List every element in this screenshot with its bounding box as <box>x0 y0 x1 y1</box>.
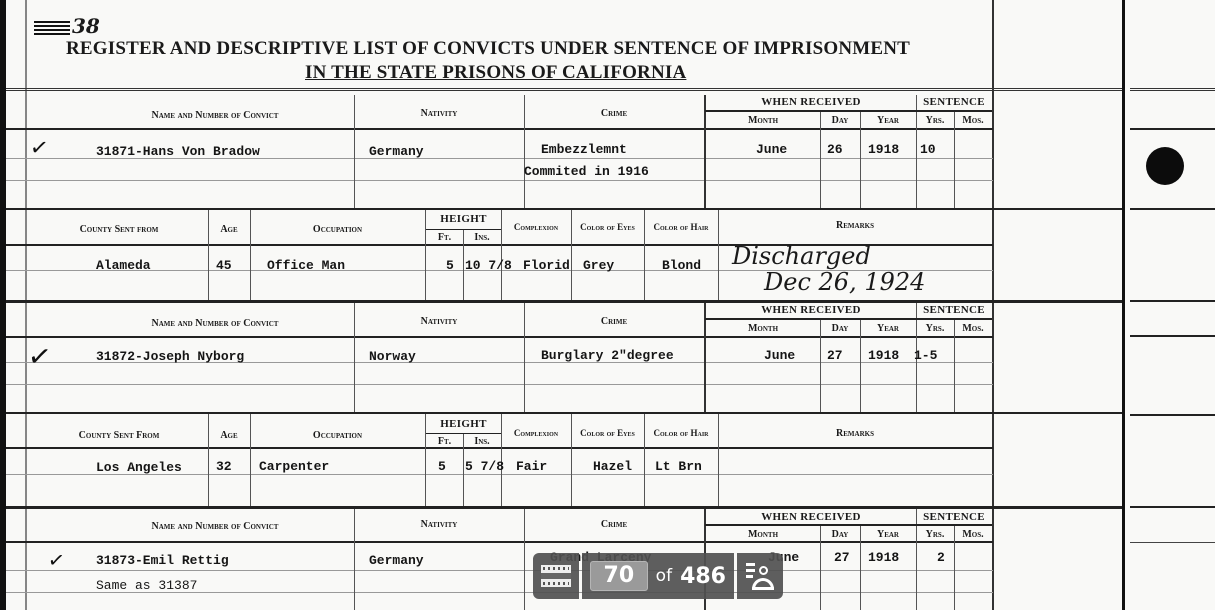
header-eyes: Color of Eyes <box>571 428 644 438</box>
page-number-input[interactable]: 70 <box>590 561 648 591</box>
rule <box>1130 542 1215 543</box>
header-complexion: Complexion <box>501 222 571 232</box>
rule <box>426 433 501 434</box>
struck-out-mark <box>34 21 70 35</box>
binding-gap <box>1127 155 1147 175</box>
hair-value: Lt Brn <box>655 459 702 474</box>
age-value: 45 <box>216 258 232 273</box>
page-left-edge <box>0 0 6 610</box>
column-divider <box>250 414 251 506</box>
header-month: Month <box>706 323 820 334</box>
header-yrs: Yrs. <box>916 323 954 334</box>
nativity-value: Norway <box>369 349 416 364</box>
convict-name-number: 31872-Joseph Nyborg <box>96 349 244 364</box>
header-nativity: Nativity <box>354 108 524 119</box>
column-divider <box>820 112 821 208</box>
header-mos: Mos. <box>954 115 992 126</box>
header-yrs: Yrs. <box>916 115 954 126</box>
image-viewer-toolbar: 70 of 486 <box>533 553 783 599</box>
header-month: Month <box>706 115 820 126</box>
header-remarks: Remarks <box>718 428 992 439</box>
header-ins: Ins. <box>463 232 501 243</box>
eyes-value: Hazel <box>593 459 632 474</box>
filmstrip-icon <box>541 565 571 587</box>
convict-name-number: 31873-Emil Rettig <box>96 553 229 568</box>
page-number-mark: 38 <box>34 14 100 38</box>
margin-rule <box>25 0 27 610</box>
rule <box>705 524 992 526</box>
rule <box>1130 88 1215 91</box>
header-county: County Sent From <box>30 430 208 441</box>
header-year: Year <box>860 115 916 126</box>
header-yrs: Yrs. <box>916 529 954 540</box>
header-day: Day <box>820 323 860 334</box>
rule <box>6 180 993 181</box>
header-height: HEIGHT <box>426 213 501 225</box>
sentence-years: 1-5 <box>914 348 937 363</box>
punch-hole <box>1146 147 1184 185</box>
header-crime: Crime <box>524 519 704 530</box>
eyes-value: Grey <box>583 258 614 273</box>
header-age: Age <box>208 224 250 235</box>
header-ft: Ft. <box>426 436 463 447</box>
header-hair: Color of Hair <box>644 428 718 438</box>
header-month: Month <box>706 529 820 540</box>
rule <box>1130 300 1215 302</box>
rule <box>6 88 1122 91</box>
header-ft: Ft. <box>426 232 463 243</box>
nativity-value: Germany <box>369 553 424 568</box>
received-day: 27 <box>834 550 850 565</box>
header-ins: Ins. <box>463 436 501 447</box>
filmstrip-button[interactable] <box>533 553 579 599</box>
header-sentence: SENTENCE <box>916 511 992 523</box>
header-age: Age <box>208 430 250 441</box>
sentence-years: 10 <box>920 142 936 157</box>
received-month: June <box>764 348 795 363</box>
received-day: 27 <box>827 348 843 363</box>
header-crime: Crime <box>524 108 704 119</box>
header-day: Day <box>820 529 860 540</box>
header-name-number: Name and Number of Convict <box>100 521 330 532</box>
height-ft-value: 5 <box>446 258 454 273</box>
header-when-received: WHEN RECEIVED <box>706 511 916 523</box>
header-sentence: SENTENCE <box>916 304 992 316</box>
rule <box>6 128 993 130</box>
county-value: Alameda <box>96 258 151 273</box>
index-person-icon <box>745 561 775 591</box>
header-year: Year <box>860 529 916 540</box>
header-name-number: Name and Number of Convict <box>100 318 330 329</box>
convict-name-note: Same as 31387 <box>96 578 197 593</box>
received-year: 1918 <box>868 550 899 565</box>
header-sentence: SENTENCE <box>916 96 992 108</box>
header-county: County Sent from <box>30 224 208 235</box>
header-mos: Mos. <box>954 323 992 334</box>
crime-value: Burglary 2"degree <box>541 348 674 363</box>
height-ins-value: 10 7/8 <box>465 258 512 273</box>
page-number: 38 <box>72 14 100 38</box>
header-nativity: Nativity <box>354 519 524 530</box>
rule <box>1130 335 1215 337</box>
header-when-received: WHEN RECEIVED <box>706 96 916 108</box>
header-hair: Color of Hair <box>644 222 718 232</box>
occupation-value: Carpenter <box>259 459 329 474</box>
rule <box>6 412 1122 414</box>
header-crime: Crime <box>524 316 704 327</box>
header-nativity: Nativity <box>354 316 524 327</box>
rule <box>1130 414 1215 416</box>
crime-note: Commited in 1916 <box>524 164 649 179</box>
column-divider <box>860 112 861 208</box>
header-eyes: Color of Eyes <box>571 222 644 232</box>
crime-value: Embezzlemnt <box>541 142 627 157</box>
age-value: 32 <box>216 459 232 474</box>
header-when-received: WHEN RECEIVED <box>706 304 916 316</box>
rule <box>6 541 993 543</box>
document-title-line2: IN THE STATE PRISONS OF CALIFORNIA <box>305 62 686 84</box>
received-month: June <box>756 142 787 157</box>
height-ft-value: 5 <box>438 459 446 474</box>
occupation-value: Office Man <box>267 258 345 273</box>
header-height: HEIGHT <box>426 418 501 430</box>
nativity-value: Germany <box>369 144 424 159</box>
county-value: Los Angeles <box>96 460 182 475</box>
received-year: 1918 <box>868 142 899 157</box>
rule <box>705 318 992 320</box>
rule <box>426 229 501 230</box>
header-complexion: Complexion <box>501 428 571 438</box>
rule <box>705 110 992 112</box>
rule <box>6 336 993 338</box>
remarks-handwritten-line1: Discharged <box>732 242 871 270</box>
rule <box>6 506 1122 509</box>
header-day: Day <box>820 115 860 126</box>
checkmark: ✓ <box>26 339 54 375</box>
total-pages: 486 <box>680 564 726 589</box>
header-occupation: Occupation <box>250 224 425 235</box>
rule <box>6 447 993 449</box>
column-divider <box>992 0 994 610</box>
header-occupation: Occupation <box>250 430 425 441</box>
complexion-value: Fair <box>516 459 547 474</box>
column-divider <box>208 414 209 506</box>
page-navigator: 70 of 486 <box>582 553 734 599</box>
hair-value: Blond <box>662 258 701 273</box>
rule <box>1130 128 1215 130</box>
rule <box>6 570 993 571</box>
header-name-number: Name and Number of Convict <box>100 110 330 121</box>
index-button[interactable] <box>737 553 783 599</box>
rule <box>6 384 993 385</box>
rule <box>1130 506 1215 508</box>
document-title-line1: REGISTER AND DESCRIPTIVE LIST OF CONVICT… <box>66 38 910 60</box>
remarks-handwritten-line2: Dec 26, 1924 <box>764 268 925 296</box>
binding-edge <box>1122 0 1125 610</box>
received-day: 26 <box>827 142 843 157</box>
rule <box>6 300 1122 303</box>
header-year: Year <box>860 323 916 334</box>
rule <box>6 208 1122 210</box>
checkmark: ✓ <box>46 547 66 573</box>
column-divider <box>954 112 955 208</box>
height-ins-value: 5 7/8 <box>465 459 504 474</box>
convict-name-number: 31871-Hans Von Bradow <box>96 144 260 159</box>
complexion-value: Florid <box>523 258 570 273</box>
received-year: 1918 <box>868 348 899 363</box>
header-mos: Mos. <box>954 529 992 540</box>
checkmark: ✓ <box>28 135 50 162</box>
document-page: 38 REGISTER AND DESCRIPTIVE LIST OF CONV… <box>0 0 1215 610</box>
header-remarks: Remarks <box>718 220 992 231</box>
of-label: of <box>656 566 672 586</box>
sentence-years: 2 <box>937 550 945 565</box>
rule <box>1130 208 1215 210</box>
